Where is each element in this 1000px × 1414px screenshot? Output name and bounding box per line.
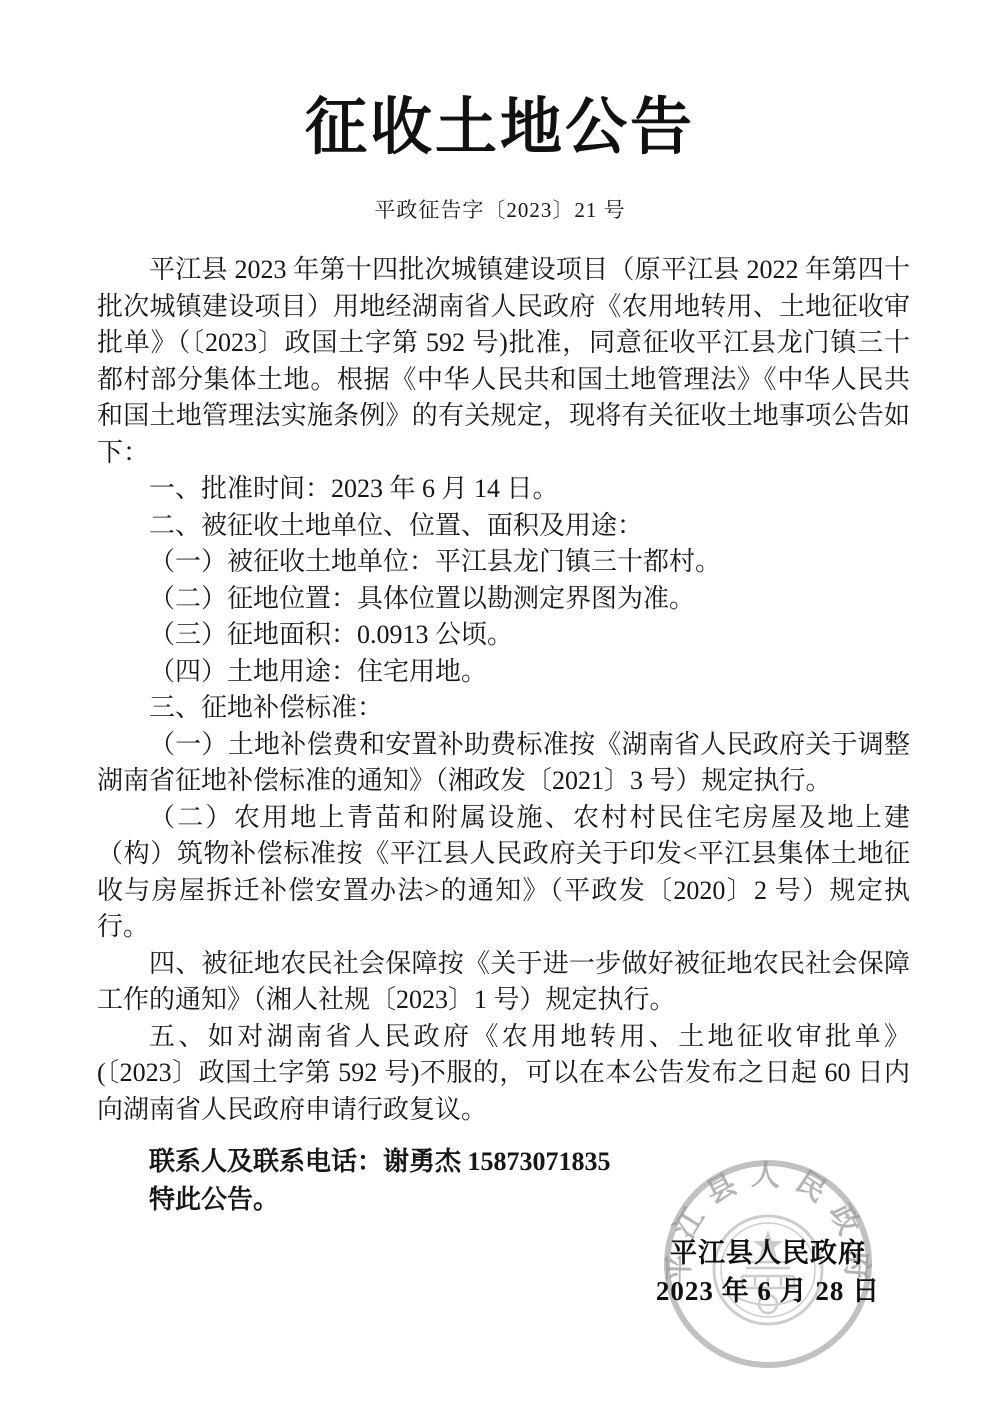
document-number: 平政征告字〔2023〕21 号 — [0, 194, 1000, 224]
paragraph-item-3-1: （一）土地补偿费和安置补助费标准按《湖南省人民政府关于调整湖南省征地补偿标准的通… — [97, 727, 910, 800]
paragraph-item-1: 一、批准时间：2023 年 6 月 14 日。 — [97, 471, 910, 508]
document-body: 平江县 2023 年第十四批次城镇建设项目（原平江县 2022 年第四十批次城镇… — [97, 252, 910, 1219]
paragraph-item-5: 五、如对湖南省人民政府《农用地转用、土地征收审批单》(〔2023〕政国土字第 5… — [97, 1019, 910, 1129]
signature-block: 平江县人民政府 2023 年 6 月 28 日 — [638, 1234, 898, 1310]
paragraph-item-4: 四、被征地农民社会保障按《关于进一步做好被征地农民社会保障工作的通知》（湘人社规… — [97, 946, 910, 1019]
signature-issuer: 平江县人民政府 — [638, 1234, 898, 1272]
page-title: 征收土地公告 — [0, 92, 1000, 164]
announcement-page: 征收土地公告 平政征告字〔2023〕21 号 平江县 2023 年第十四批次城镇… — [0, 0, 1000, 1414]
paragraph-item-3: 三、征地补偿标准： — [97, 690, 910, 727]
paragraph-item-2: 二、被征收土地单位、位置、面积及用途： — [97, 508, 910, 545]
paragraph-item-3-2: （二）农用地上青苗和附属设施、农村村民住宅房屋及地上建（构）筑物补偿标准按《平江… — [97, 800, 910, 946]
paragraph-item-2-3: （三）征地面积：0.0913 公顷。 — [97, 617, 910, 654]
paragraph-intro: 平江县 2023 年第十四批次城镇建设项目（原平江县 2022 年第四十批次城镇… — [97, 252, 910, 471]
paragraph-item-2-1: （一）被征收土地单位：平江县龙门镇三十都村。 — [97, 544, 910, 581]
signature-date: 2023 年 6 月 28 日 — [638, 1272, 898, 1310]
paragraph-item-2-4: （四）土地用途：住宅用地。 — [97, 654, 910, 691]
paragraph-item-2-2: （二）征地位置：具体位置以勘测定界图为准。 — [97, 581, 910, 618]
